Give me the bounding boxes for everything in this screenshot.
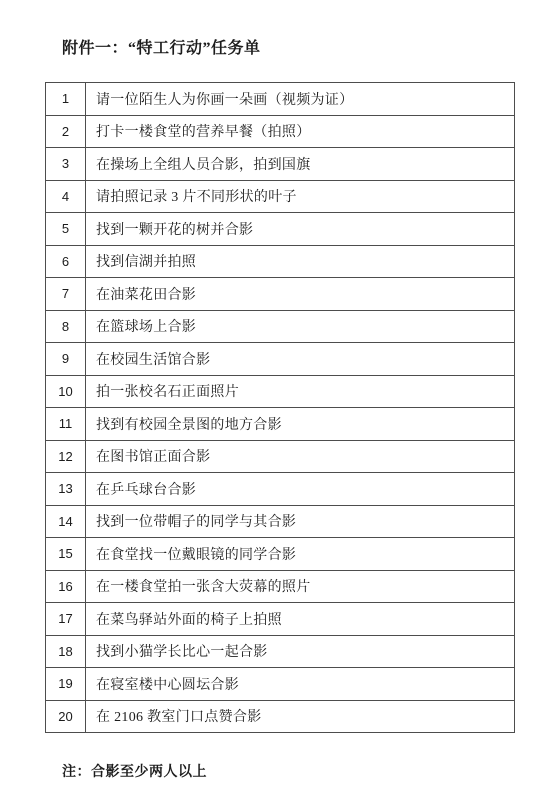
task-number: 20: [46, 700, 86, 733]
table-row: 9 在校园生活馆合影: [46, 343, 515, 376]
task-text: 在 2106 教室门口点赞合影: [86, 700, 515, 733]
table-row: 15 在食堂找一位戴眼镜的同学合影: [46, 538, 515, 571]
footer-note: 注：合影至少两人以上: [62, 761, 207, 781]
table-row: 7 在油菜花田合影: [46, 278, 515, 311]
task-number: 3: [46, 148, 86, 181]
table-row: 2 打卡一楼食堂的营养早餐（拍照）: [46, 115, 515, 148]
task-number: 6: [46, 245, 86, 278]
task-text: 请拍照记录 3 片不同形状的叶子: [86, 180, 515, 213]
task-text: 拍一张校名石正面照片: [86, 375, 515, 408]
task-text: 在食堂找一位戴眼镜的同学合影: [86, 538, 515, 571]
task-number: 9: [46, 343, 86, 376]
task-text: 请一位陌生人为你画一朵画（视频为证）: [86, 83, 515, 116]
task-number: 10: [46, 375, 86, 408]
task-text: 在校园生活馆合影: [86, 343, 515, 376]
table-row: 5 找到一颗开花的树并合影: [46, 213, 515, 246]
task-text: 找到小猫学长比心一起合影: [86, 635, 515, 668]
table-row: 1 请一位陌生人为你画一朵画（视频为证）: [46, 83, 515, 116]
task-number: 19: [46, 668, 86, 701]
task-text: 在一楼食堂拍一张含大荧幕的照片: [86, 570, 515, 603]
task-text: 在寝室楼中心圆坛合影: [86, 668, 515, 701]
task-number: 14: [46, 505, 86, 538]
task-text: 找到一颗开花的树并合影: [86, 213, 515, 246]
table-row: 3 在操场上全组人员合影，拍到国旗: [46, 148, 515, 181]
task-text: 在图书馆正面合影: [86, 440, 515, 473]
task-text: 找到一位带帽子的同学与其合影: [86, 505, 515, 538]
task-number: 17: [46, 603, 86, 636]
task-number: 2: [46, 115, 86, 148]
table-row: 8 在篮球场上合影: [46, 310, 515, 343]
task-text: 找到信湖并拍照: [86, 245, 515, 278]
table-row: 6 找到信湖并拍照: [46, 245, 515, 278]
task-text: 打卡一楼食堂的营养早餐（拍照）: [86, 115, 515, 148]
table-row: 18 找到小猫学长比心一起合影: [46, 635, 515, 668]
document-page: 附件一：“特工行动”任务单 1 请一位陌生人为你画一朵画（视频为证） 2 打卡一…: [0, 0, 553, 805]
task-number: 18: [46, 635, 86, 668]
table-row: 14 找到一位带帽子的同学与其合影: [46, 505, 515, 538]
table-row: 13 在乒乓球台合影: [46, 473, 515, 506]
task-number: 1: [46, 83, 86, 116]
task-text: 在油菜花田合影: [86, 278, 515, 311]
task-number: 13: [46, 473, 86, 506]
table-row: 11 找到有校园全景图的地方合影: [46, 408, 515, 441]
page-title: 附件一：“特工行动”任务单: [62, 35, 261, 58]
task-text: 在乒乓球台合影: [86, 473, 515, 506]
table-row: 17 在菜鸟驿站外面的椅子上拍照: [46, 603, 515, 636]
task-text: 在操场上全组人员合影，拍到国旗: [86, 148, 515, 181]
task-number: 5: [46, 213, 86, 246]
task-number: 4: [46, 180, 86, 213]
task-text: 在菜鸟驿站外面的椅子上拍照: [86, 603, 515, 636]
task-number: 12: [46, 440, 86, 473]
task-text: 在篮球场上合影: [86, 310, 515, 343]
task-table: 1 请一位陌生人为你画一朵画（视频为证） 2 打卡一楼食堂的营养早餐（拍照） 3…: [45, 82, 515, 733]
task-number: 8: [46, 310, 86, 343]
task-table-body: 1 请一位陌生人为你画一朵画（视频为证） 2 打卡一楼食堂的营养早餐（拍照） 3…: [46, 83, 515, 733]
task-text: 找到有校园全景图的地方合影: [86, 408, 515, 441]
table-row: 19 在寝室楼中心圆坛合影: [46, 668, 515, 701]
table-row: 4 请拍照记录 3 片不同形状的叶子: [46, 180, 515, 213]
task-number: 15: [46, 538, 86, 571]
table-row: 10 拍一张校名石正面照片: [46, 375, 515, 408]
task-number: 16: [46, 570, 86, 603]
table-row: 20 在 2106 教室门口点赞合影: [46, 700, 515, 733]
task-number: 11: [46, 408, 86, 441]
table-row: 16 在一楼食堂拍一张含大荧幕的照片: [46, 570, 515, 603]
task-number: 7: [46, 278, 86, 311]
table-row: 12 在图书馆正面合影: [46, 440, 515, 473]
